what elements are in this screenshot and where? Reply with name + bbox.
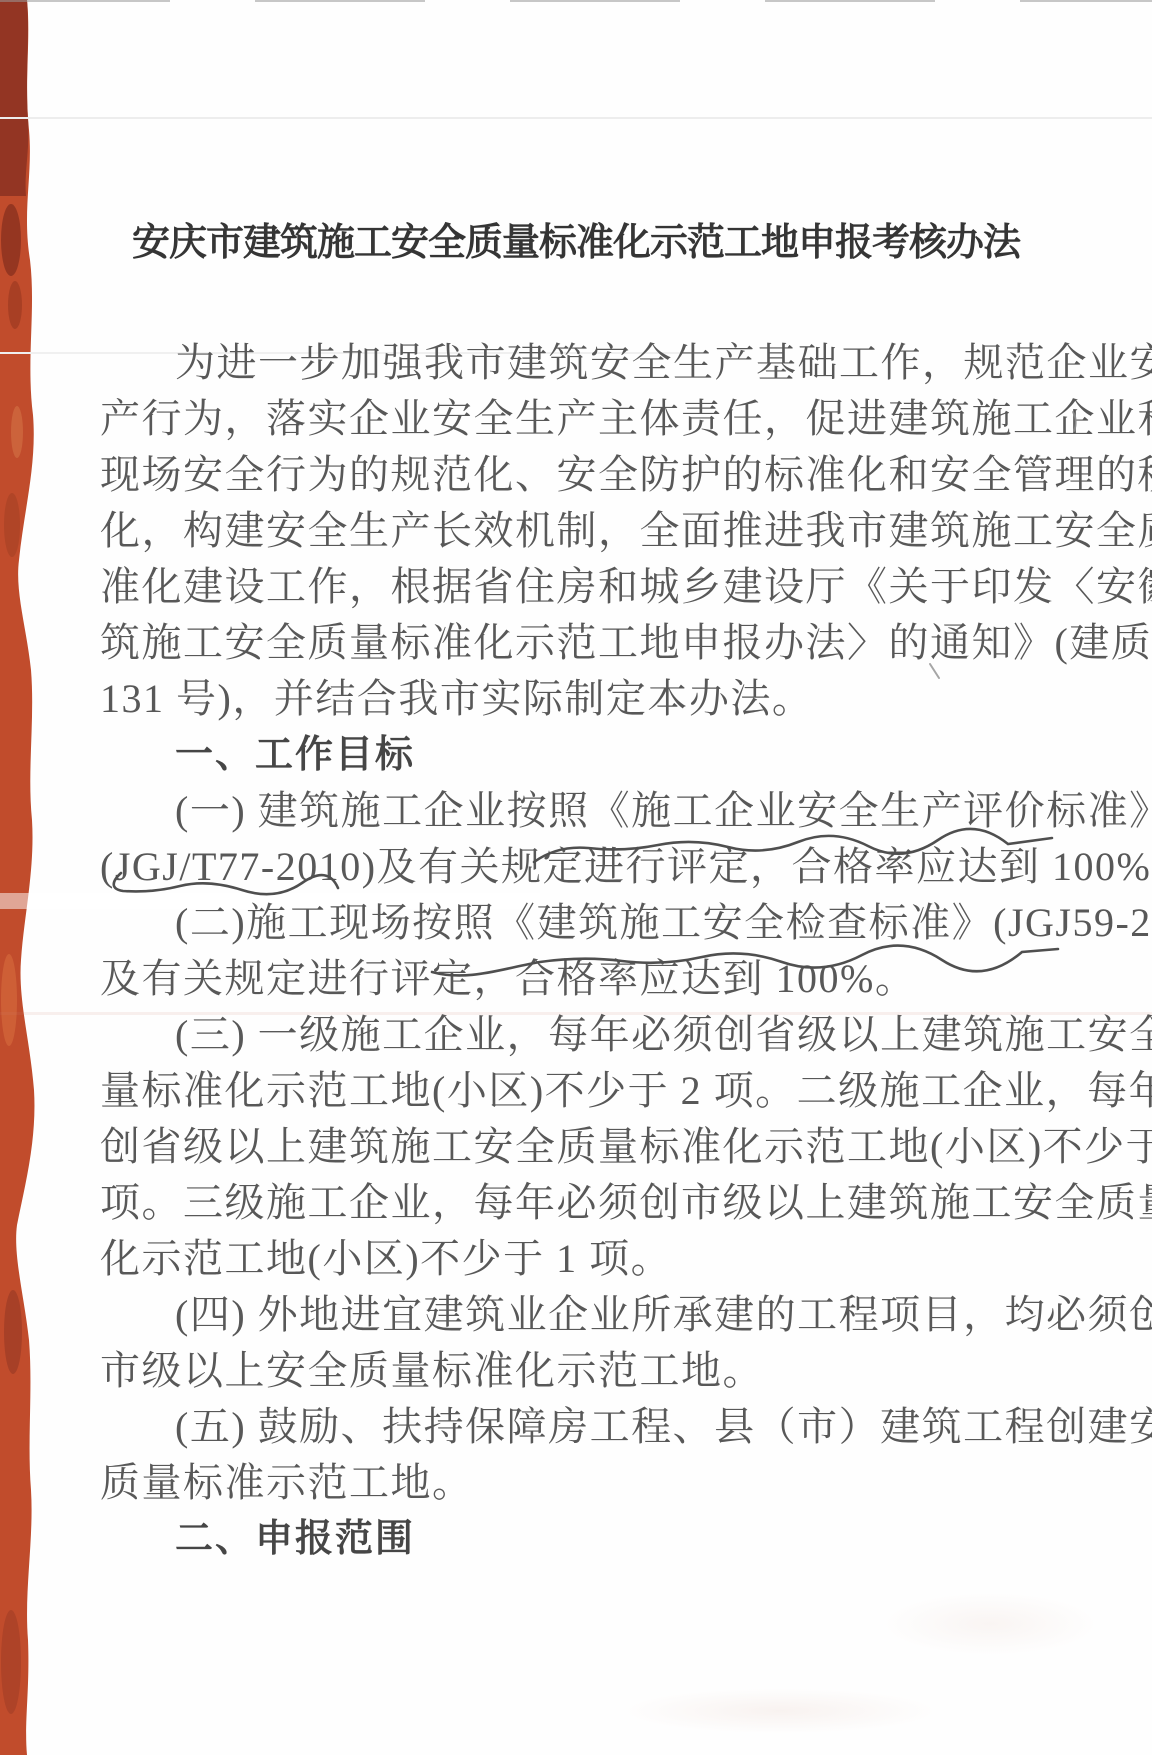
- scan-stain-artifact: [620, 1688, 940, 1734]
- body-text-line: 项。三级施工企业，每年必须创市级以上建筑施工安全质量标准: [100, 1175, 1152, 1231]
- body-text-line: 产行为，落实企业安全生产主体责任，促进建筑施工企业和施工: [100, 391, 1152, 447]
- body-text-line: (四) 外地进宜建筑业企业所承建的工程项目，均必须创建: [175, 1287, 1152, 1343]
- body-text-line: (JGJ/T77-2010)及有关规定进行评定，合格率应达到 100%。: [100, 839, 1152, 895]
- body-text-line: 质量标准示范工地。: [100, 1455, 474, 1511]
- body-text-line: 量标准化示范工地(小区)不少于 2 项。二级施工企业，每年必须: [100, 1063, 1152, 1119]
- section-heading: 一、工作目标: [175, 727, 415, 783]
- section-heading: 二、申报范围: [175, 1511, 415, 1567]
- body-text-line: 筑施工安全质量标准化示范工地申报办法〉的通知》(建质〔2011〕: [100, 615, 1152, 671]
- body-text-line: 现场安全行为的规范化、安全防护的标准化和安全管理的秩序: [100, 447, 1152, 503]
- body-text-line: 化示范工地(小区)不少于 1 项。: [100, 1231, 672, 1287]
- scan-stain-artifact: [880, 1592, 1100, 1656]
- body-text-line: 为进一步加强我市建筑安全生产基础工作，规范企业安全生: [175, 335, 1152, 391]
- document-title: 安庆市建筑施工安全质量标准化示范工地申报考核办法: [0, 216, 1152, 270]
- body-text-line: 创省级以上建筑施工安全质量标准化示范工地(小区)不少于 1: [100, 1119, 1152, 1175]
- body-text-line: 化，构建安全生产长效机制，全面推进我市建筑施工安全质量标: [100, 503, 1152, 559]
- body-text-line: (一) 建筑施工企业按照《施工企业安全生产评价标准》: [175, 783, 1152, 839]
- scan-top-edge-artifact: [0, 0, 1152, 2]
- body-text-line: (五) 鼓励、扶持保障房工程、县（市）建筑工程创建安全: [175, 1399, 1152, 1455]
- body-text-line: (二)施工现场按照《建筑施工安全检查标准》(JGJ59-2011): [175, 895, 1152, 951]
- body-text-line: 准化建设工作，根据省住房和城乡建设厅《关于印发〈安徽省建: [100, 559, 1152, 615]
- scan-streak-artifact: [0, 117, 1152, 119]
- body-text-line: 市级以上安全质量标准化示范工地。: [100, 1343, 764, 1399]
- body-text-line: 131 号)，并结合我市实际制定本办法。: [100, 671, 813, 727]
- body-text-line: (三) 一级施工企业，每年必须创省级以上建筑施工安全质: [175, 1007, 1152, 1063]
- body-text-line: 及有关规定进行评定，合格率应达到 100%。: [100, 951, 916, 1007]
- scanned-document-page: 安庆市建筑施工安全质量标准化示范工地申报考核办法 为进一步加强我市建筑安全生产基…: [0, 0, 1152, 1755]
